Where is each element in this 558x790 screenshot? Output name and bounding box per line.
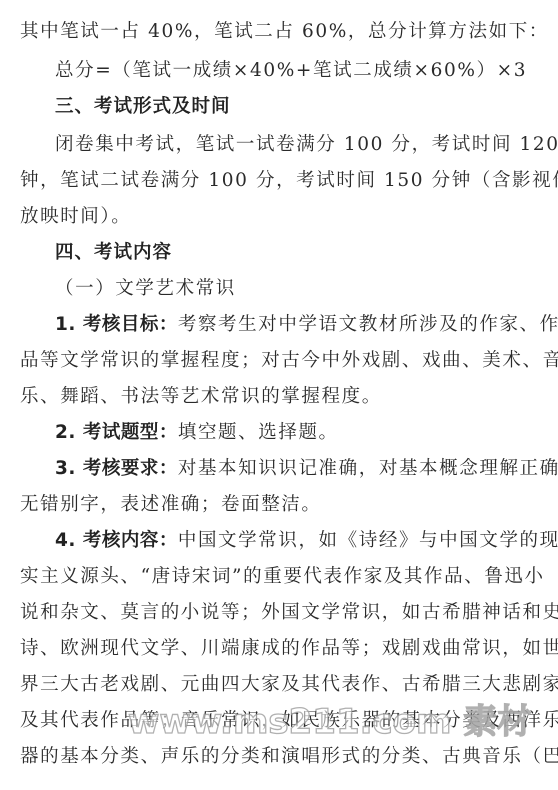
item-text: 考察考生对中学语文教材所涉及的作家、作 — [178, 314, 558, 335]
paragraph-line: 无错别字，表述准确；卷面整洁。 — [20, 493, 322, 517]
paragraph-line: 品等文学常识的掌握程度；对古今中外戏剧、戏曲、美术、音 — [20, 349, 558, 373]
item-text: 填空题、选择题。 — [178, 422, 339, 443]
item-label: 3. 考核要求： — [55, 458, 178, 479]
item-line-question-types: 2. 考试题型：填空题、选择题。 — [55, 421, 339, 445]
paragraph-line: 说和杂文、莫言的小说等；外国文学常识，如古希腊神话和史 — [20, 601, 558, 625]
paragraph-line: 器的基本分类、声乐的分类和演唱形式的分类、古典音乐（巴 — [20, 745, 558, 769]
item-text: 对基本知识识记准确，对基本概念理解正确； — [178, 458, 558, 479]
paragraph-line: 诗、欧洲现代文学、川端康成的作品等；戏剧戏曲常识，如世 — [20, 637, 558, 661]
paragraph-line: 实主义源头、“唐诗宋词”的重要代表作家及其作品、鲁迅小 — [20, 565, 545, 589]
item-label: 1. 考核目标： — [55, 314, 178, 335]
paragraph-line: 其中笔试一占 40%，笔试二占 60%，总分计算方法如下： — [20, 20, 549, 44]
item-label: 2. 考试题型： — [55, 422, 178, 443]
formula-line: 总分=（笔试一成绩×40%+笔试二成绩×60%）×3 — [55, 59, 527, 83]
item-text: 中国文学常识，如《诗经》与中国文学的现 — [178, 530, 558, 551]
watermark: www.ms211.com 素材 — [128, 702, 531, 742]
paragraph-line: 界三大古老戏剧、元曲四大家及其代表作、古希腊三大悲剧家 — [20, 673, 558, 697]
item-line-requirements: 3. 考核要求：对基本知识识记准确，对基本概念理解正确； — [55, 457, 558, 481]
section-heading-exam-content: 四、考试内容 — [55, 241, 172, 265]
paragraph-line: 放映时间）。 — [20, 205, 131, 229]
item-line-objective: 1. 考核目标：考察考生对中学语文教材所涉及的作家、作 — [55, 313, 558, 337]
paragraph-line: 闭卷集中考试，笔试一试卷满分 100 分，考试时间 120 分 — [55, 133, 558, 157]
paragraph-line: 乐、舞蹈、书法等艺术常识的掌握程度。 — [20, 385, 382, 409]
item-label: 4. 考核内容： — [55, 530, 178, 551]
item-line-content: 4. 考核内容：中国文学常识，如《诗经》与中国文学的现 — [55, 529, 558, 553]
paragraph-line: 钟，笔试二试卷满分 100 分，考试时间 150 分钟（含影视作品 — [20, 169, 558, 193]
section-heading-exam-format: 三、考试形式及时间 — [55, 95, 231, 119]
subsection-heading: （一）文学艺术常识 — [55, 277, 236, 301]
document-page: 其中笔试一占 40%，笔试二占 60%，总分计算方法如下： 总分=（笔试一成绩×… — [0, 0, 558, 790]
